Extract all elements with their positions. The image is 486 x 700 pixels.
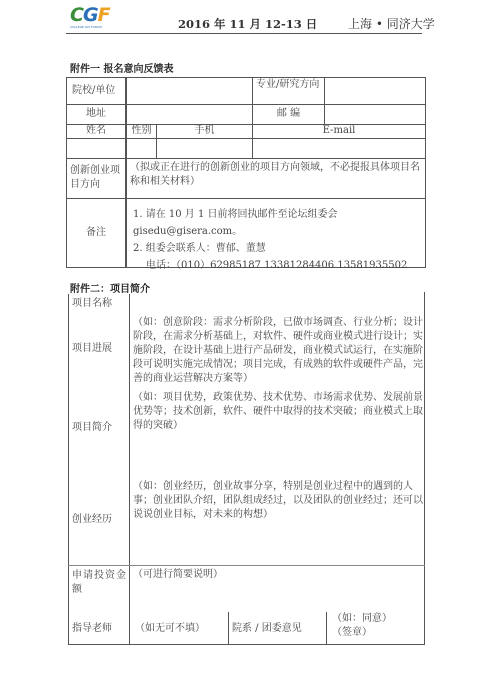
label-notes: 备注: [67, 226, 125, 240]
notes-line-2: 2. 组委会联系人：曹郁、董慧: [133, 240, 425, 257]
gender-input[interactable]: [127, 139, 156, 158]
name-input[interactable]: [67, 139, 125, 158]
event-location: 上海 • 同济大学: [348, 15, 435, 32]
project-progress-field[interactable]: （如：创意阶段：需求分析阶段，已做市场调查、行业分析；设计阶段，在需求分析基础上…: [133, 316, 423, 386]
label-phone: 手机: [157, 124, 252, 138]
dept-opinion-field[interactable]: （如：同意） （签章）: [332, 612, 422, 640]
label-gender: 性别: [127, 124, 156, 138]
project-direction-field[interactable]: （拟或正在进行的创新创业的项目方向领域，不必提报具体项目名称和相关材料）: [130, 161, 424, 189]
label-investment-amount: 申请投资金额: [72, 569, 128, 597]
label-project-name: 项目名称: [72, 297, 112, 311]
label-address: 地址: [67, 107, 125, 121]
label-project-progress: 项目进展: [72, 342, 112, 356]
email-input[interactable]: [253, 139, 425, 158]
investment-amount-field[interactable]: （可进行简要说明）: [133, 568, 423, 582]
project-summary-field[interactable]: （如：项目优势，政策优势、技术优势、市场需求优势、发展前景优势等；技术创新，软件…: [133, 391, 423, 433]
label-name: 姓名: [67, 124, 125, 138]
label-startup-experience: 创业经历: [72, 513, 112, 527]
postcode-input[interactable]: [326, 105, 424, 124]
label-major: 专业/研究方向: [256, 78, 322, 92]
school-input[interactable]: [128, 78, 251, 104]
label-advisor: 指导老师: [72, 622, 112, 636]
project-name-input[interactable]: [131, 294, 423, 314]
notes-content: 1. 请在 10 月 1 日前将回执邮件至论坛组委会 gisedu@gisera…: [133, 206, 425, 274]
startup-experience-field[interactable]: （如：创业经历，创业故事分享，特别是创业过程中的遇到的人事；创业团队介绍，团队组…: [133, 480, 423, 522]
address-input[interactable]: [128, 105, 251, 124]
approval-hint: （如：同意）: [332, 612, 422, 626]
major-input[interactable]: [326, 78, 424, 104]
advisor-field[interactable]: （如无可不填）: [135, 622, 205, 636]
label-project-direction: 创新创业项目方向: [70, 164, 122, 192]
header-divider: [66, 33, 422, 34]
notes-line-1: 1. 请在 10 月 1 日前将回执邮件至论坛组委会 gisedu@gisera…: [133, 206, 425, 240]
label-dept-opinion: 院系 / 团委意见: [232, 622, 302, 636]
phone-input[interactable]: [157, 139, 252, 158]
label-email: E-mail: [253, 124, 425, 138]
label-school: 院校/单位: [72, 84, 115, 98]
seal-hint: （签章）: [332, 626, 422, 640]
event-date: 2016 年 11 月 12-13 日: [178, 16, 317, 32]
notes-line-3: 电话：（010）62985187 13381284406 13581935502: [133, 257, 425, 274]
cgf-logo: CGF COLLEGE GIS FORUM: [70, 6, 110, 32]
form1-title: 附件一 报名意向反馈表: [70, 60, 173, 75]
form2-title: 附件二：项目简介: [70, 280, 150, 295]
label-postcode: 邮 编: [253, 107, 324, 121]
label-project-summary: 项目简介: [72, 421, 112, 435]
